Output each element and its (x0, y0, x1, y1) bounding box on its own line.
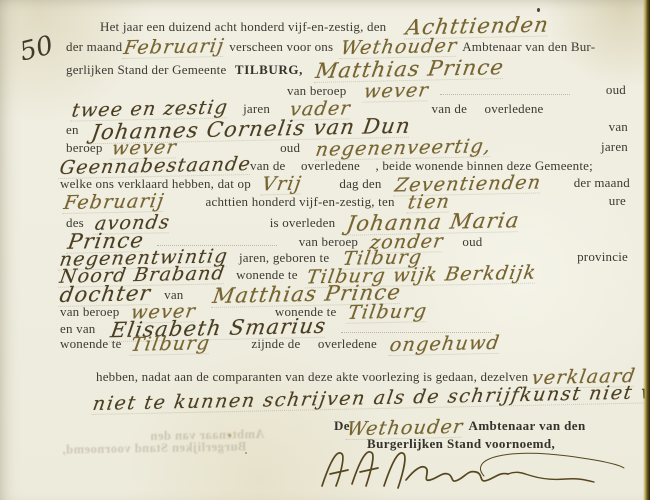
printed-text: van beroep (287, 83, 346, 98)
printed-text: wonende te (60, 336, 122, 351)
ink-speck (537, 8, 540, 12)
official-signature (318, 446, 628, 494)
act-line: en Johannes Cornelis van Dun van (0, 119, 640, 141)
printed-text: Ambtenaar van den Bur- (462, 39, 595, 54)
act-line: gerlijken Stand der Gemeente TILBURG, Ma… (0, 59, 640, 81)
paper-stain (228, 434, 231, 437)
printed-text: beroep (66, 140, 103, 155)
printed-text: Het jaar een duizend acht honderd vijf-e… (100, 19, 386, 34)
act-line: niet te kunnen schrijven als de schrijfk… (0, 388, 640, 408)
act-line: der maand Februarij verscheen voor ons W… (0, 38, 640, 58)
printed-text: des (66, 215, 84, 230)
death-record-page: 50 Het jaar een duizend acht honderd vij… (0, 0, 650, 500)
printed-text: hebben, nadat aan de comparanten van dez… (96, 369, 528, 384)
printed-text: overledene (485, 101, 544, 116)
printed-text: overledene (301, 158, 360, 173)
handwritten-marital-status: ongehuwd (389, 334, 502, 356)
printed-text: jaren (601, 139, 628, 155)
printed-text: der maand (66, 39, 122, 54)
printed-text: van de (432, 101, 468, 116)
printed-text: oud (462, 234, 482, 249)
printed-text: jaren (243, 101, 270, 116)
dotted-rule (440, 82, 570, 95)
printed-text: is overleden (270, 215, 336, 230)
act-line: Het jaar een duizend acht honderd vijf-e… (0, 16, 640, 38)
printed-text: dag den (339, 176, 381, 191)
handwritten-residence: Tilburg (129, 334, 211, 356)
printed-text: jaren, geboren te (239, 250, 329, 265)
printed-text: der maand (574, 175, 630, 191)
printed-text: gerlijken Stand der Gemeente (66, 62, 226, 77)
printed-text: Ambtenaar van den (469, 418, 586, 433)
printed-text: welke ons verklaard hebben, dat op (60, 176, 251, 191)
municipality-name: TILBURG, (235, 62, 303, 77)
ink-speck (245, 452, 247, 454)
printed-text: oud (606, 82, 626, 98)
printed-text: van (609, 119, 628, 135)
printed-text: achttien honderd vijf-en-zestig, ten (206, 194, 395, 209)
printed-text: en van (60, 321, 96, 336)
dotted-rule (157, 233, 277, 246)
printed-text: wonende te (236, 267, 298, 282)
printed-text: verscheen voor ons (229, 39, 333, 54)
handwritten-month: Februarij (122, 37, 226, 59)
printed-text: van de (250, 158, 286, 173)
printed-text: , beide wonende binnen deze Gemeente; (375, 158, 592, 173)
printed-text: van beroep (60, 304, 119, 319)
printed-text: oud (280, 140, 300, 155)
printed-text: zijnde de (251, 336, 300, 351)
printed-text: overledene (318, 336, 377, 351)
printed-text: ure (609, 193, 626, 209)
printed-text: provincie (577, 249, 628, 265)
act-line: Geennabestaande van de overledene , beid… (0, 157, 640, 177)
printed-text: en (66, 122, 79, 137)
dotted-rule (341, 320, 491, 333)
bleedthrough-text: Burgerlijken Stand voornoemd, (62, 439, 247, 457)
act-line: wonende te Tilburg zijnde de overledene … (0, 335, 640, 355)
act-line: Februarij achttien honderd vijf-en-zesti… (0, 193, 640, 213)
page-edge (643, 0, 650, 500)
